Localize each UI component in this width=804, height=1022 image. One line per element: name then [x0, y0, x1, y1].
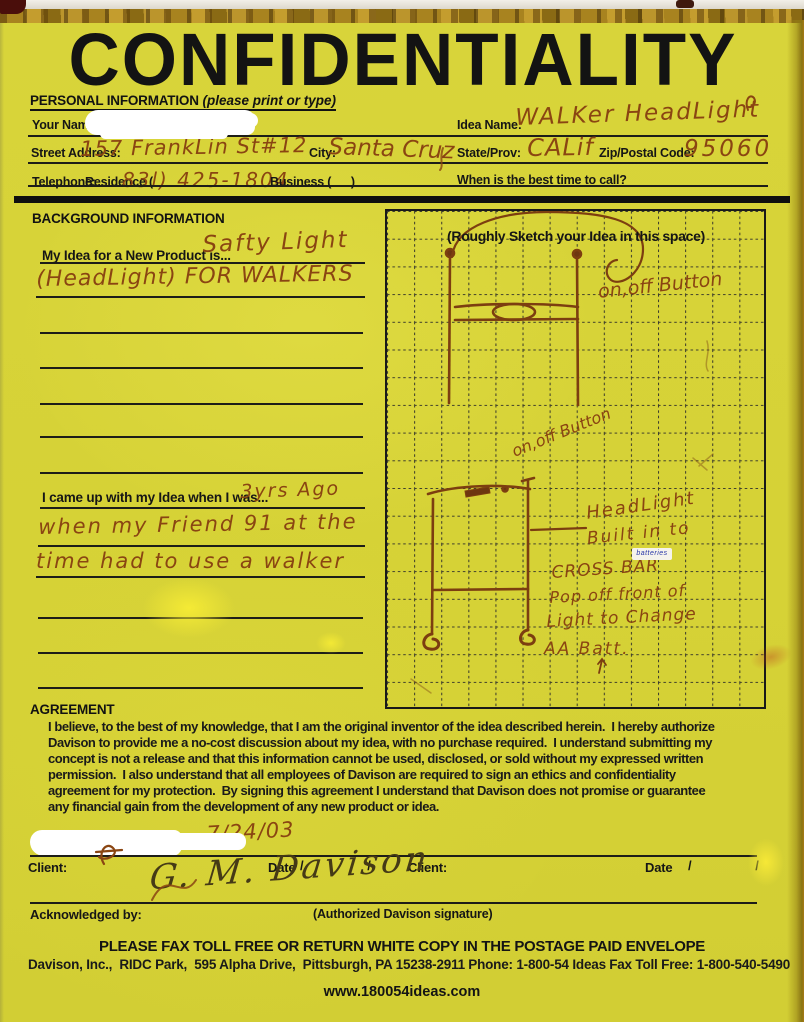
agreement-line: Davison to provide me a no-cost discussi…: [48, 735, 796, 750]
footer-address-row: Davison, Inc., RIDC Park, 595 Alpha Driv…: [28, 957, 790, 972]
signature-line-2: [30, 902, 757, 904]
date2-slashes: / /: [688, 858, 765, 873]
correction-sticker: batteries: [632, 548, 672, 560]
client-signature-whiteout-2: [150, 833, 246, 850]
residence-phone-value: 83l) 425-1804: [122, 168, 289, 192]
idea-line1-value: Safty Light: [202, 227, 349, 258]
personal-info-header: PERSONAL INFORMATION (please print or ty…: [30, 93, 336, 111]
agreement-line: agreement for my protection. By signing …: [48, 783, 796, 798]
agreement-label: AGREEMENT: [30, 702, 114, 718]
ruled-line: [40, 507, 365, 509]
ruled-line: [38, 545, 365, 547]
sketch-prompt-label: (Roughly Sketch your Idea in this space): [445, 228, 707, 244]
yellow-stain-small: [316, 632, 346, 654]
when-line1-value: 3yrs Ago: [240, 478, 340, 503]
date2-label: Date: [645, 860, 672, 875]
phone-bold: 54: [554, 957, 569, 972]
fax-number: Fax Toll Free: 1-800-540-5490: [609, 957, 790, 972]
scan-right-edge-shadow: [787, 20, 804, 1022]
when-line2-value: when my Friend 91 at the: [38, 509, 358, 539]
personal-info-label: PERSONAL INFORMATION: [30, 93, 199, 108]
sketch-area: (Roughly Sketch your Idea in this space)…: [385, 209, 766, 709]
scan-corner-mark: [0, 0, 26, 14]
agreement-line: permission. I also understand that all e…: [48, 767, 796, 782]
city-value: Santa Cruz: [328, 134, 455, 164]
ruled-line: [36, 296, 365, 298]
idea-name-label: Idea Name:: [457, 118, 522, 132]
ruled-line-phone: [28, 185, 768, 187]
ruled-line: [38, 617, 363, 619]
ruled-line: [40, 403, 363, 405]
agreement-line: I believe, to the best of my knowledge, …: [48, 719, 796, 734]
personal-info-note: (please print or type): [199, 93, 336, 108]
yellow-stain: [143, 578, 235, 638]
ruled-line: [40, 367, 363, 369]
acknowledged-by-label: Acknowledged by:: [30, 907, 142, 922]
idea-line2-value: (HeadLight) FOR WALKERS: [36, 261, 354, 292]
when-prompt-label: I came up with my Idea when I was...: [42, 490, 268, 505]
phone-prefix: Phone: 1-800-: [468, 957, 554, 972]
ruled-line: [40, 332, 363, 334]
agreement-line: any financial gain from the development …: [48, 799, 796, 814]
name-redaction-whiteout-3: [212, 113, 258, 128]
section-divider-bar: [14, 196, 790, 203]
zip-value: 95060: [684, 136, 772, 162]
ruled-line: [38, 652, 363, 654]
state-value: CALif: [527, 133, 594, 162]
form-title: CONFIDENTIALITY: [50, 18, 756, 103]
sketch-note-aabatt: AA Batt.: [544, 639, 629, 659]
background-info-label: BACKGROUND INFORMATION: [32, 211, 225, 227]
ruled-line: [38, 687, 363, 689]
ruled-line: [40, 472, 363, 474]
website-url: www.180054ideas.com: [40, 984, 764, 1000]
ruled-line: [40, 436, 363, 438]
authorized-signature-label: (Authorized Davison signature): [313, 907, 492, 921]
state-label: State/Prov:: [457, 146, 521, 160]
name-redaction-whiteout-2: [100, 128, 228, 139]
client-label: Client:: [28, 860, 67, 875]
phone-suffix: Ideas: [569, 957, 606, 972]
scan-left-edge-shadow: [0, 23, 4, 1022]
fax-instruction-line: PLEASE FAX TOLL FREE OR RETURN WHITE COP…: [40, 938, 764, 955]
scan-corner-mark-2: [676, 0, 694, 8]
zip-label: Zip/Postal Code:: [599, 146, 694, 160]
when-line3-value: time had to use a walker: [36, 549, 345, 573]
agreement-line: concept is not a release and that this i…: [48, 751, 796, 766]
company-address: Davison, Inc., RIDC Park, 595 Alpha Driv…: [28, 957, 465, 972]
phone-number: Phone: 1-800-54 Ideas: [468, 957, 606, 972]
ruled-line-address: [28, 162, 768, 164]
ruled-line: [36, 576, 365, 578]
confidentiality-form-scan: CONFIDENTIALITY PERSONAL INFORMATION (pl…: [0, 0, 804, 1022]
